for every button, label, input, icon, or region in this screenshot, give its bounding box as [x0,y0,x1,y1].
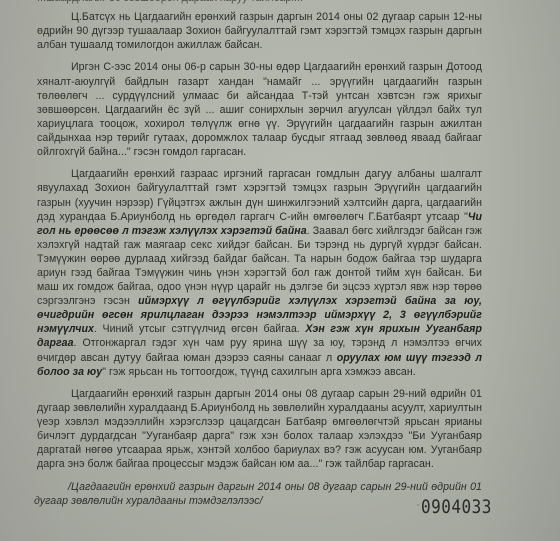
document-body: ...шаардлагыг 30 зөвшөөрөн дараах харуу … [37,0,482,516]
paragraph-text: Ц.Батсүх нь Цагдаагийн ерөнхий газрын да… [37,11,482,51]
paragraph-text: " гэж ярьсан нь тогтоогдож, түүнд сахилг… [102,366,416,378]
paragraph-p2: Иргэн С-ээс 2014 оны 06-р сарын 30-ны өд… [37,60,482,159]
paragraph-p3: Цагдаагийн ерөнхий газраас иргэний гарга… [37,167,482,378]
document-number: 0904033 [421,496,492,518]
paragraph-text: Цагдаагийн ерөнхий газрын даргын 2014 он… [37,388,482,470]
source-note: /Цагдаагийн ерөнхий газрын даргын 2014 о… [34,480,482,508]
paper-speck [417,504,419,506]
paragraph-text: Иргэн С-ээс 2014 оны 06-р сарын 30-ны өд… [37,61,482,158]
paragraph-text: Цагдаагийн ерөнхий газраас иргэний гарга… [37,168,482,222]
paragraph-p4: Цагдаагийн ерөнхий газрын даргын 2014 он… [37,387,482,472]
document-page: ...шаардлагыг 30 зөвшөөрөн дараах харуу … [0,0,560,541]
paragraph-text: . Чиний утсыг сэтгүүлчид өгсөн байгаа. [94,323,305,335]
paragraph-list: Ц.Батсүх нь Цагдаагийн ерөнхий газрын да… [37,10,482,471]
paragraph-p1: Ц.Батсүх нь Цагдаагийн ерөнхий газрын да… [37,10,482,52]
cutoff-top-line: ...шаардлагыг 30 зөвшөөрөн дараах харуу … [37,0,482,4]
